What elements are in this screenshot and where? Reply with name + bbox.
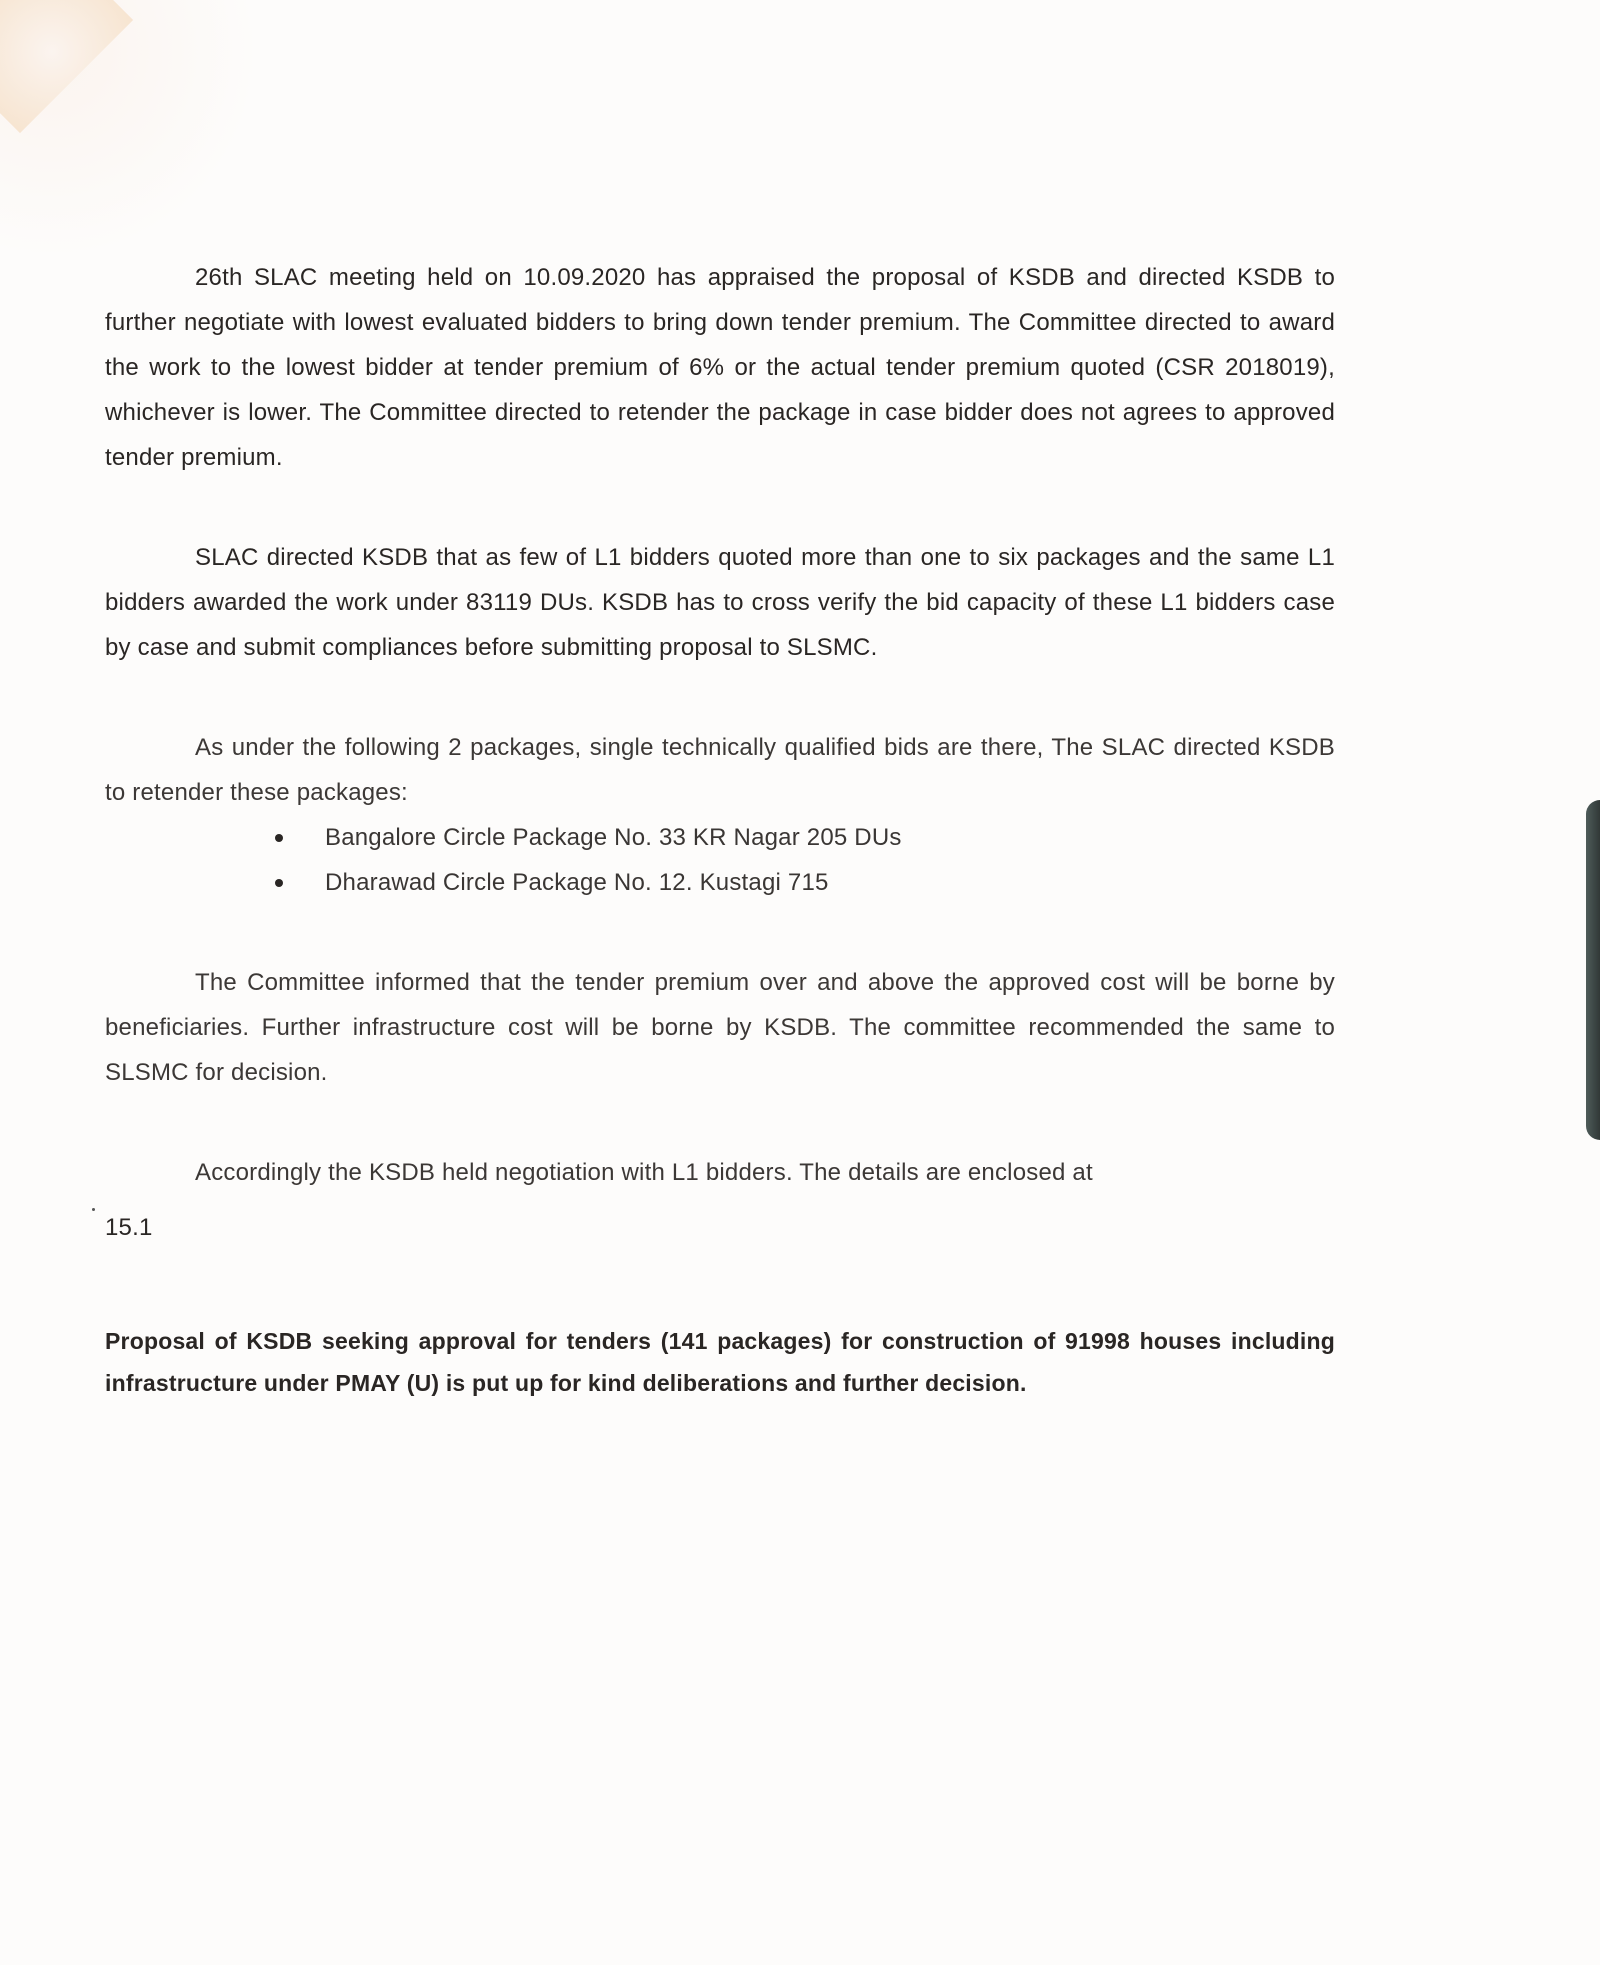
- paragraph-retender-intro: As under the following 2 packages, singl…: [105, 725, 1335, 815]
- proposal-statement: Proposal of KSDB seeking approval for te…: [105, 1320, 1335, 1404]
- page-corner-glow: [0, 0, 260, 260]
- page-right-edge-shadow: [1586, 800, 1600, 1140]
- bullet-icon: [275, 879, 283, 887]
- package-label: Dharawad Circle Package No. 12. Kustagi …: [325, 869, 829, 896]
- paragraph-l1-bidders: SLAC directed KSDB that as few of L1 bid…: [105, 535, 1335, 670]
- paragraph-negotiation: Accordingly the KSDB held negotiation wi…: [105, 1150, 1335, 1195]
- bullet-icon: [275, 834, 283, 842]
- package-label: Bangalore Circle Package No. 33 KR Nagar…: [325, 824, 902, 851]
- paragraph-slac-meeting: 26th SLAC meeting held on 10.09.2020 has…: [105, 255, 1335, 480]
- enclosure-reference: 15.1: [105, 1205, 1335, 1250]
- list-item: Bangalore Circle Package No. 33 KR Nagar…: [275, 815, 1335, 860]
- document-page: 26th SLAC meeting held on 10.09.2020 has…: [105, 255, 1335, 1427]
- paragraph-committee-informed: The Committee informed that the tender p…: [105, 960, 1335, 1095]
- list-item: Dharawad Circle Package No. 12. Kustagi …: [275, 860, 1335, 905]
- retender-package-list: Bangalore Circle Package No. 33 KR Nagar…: [105, 815, 1335, 905]
- stray-mark: [92, 1208, 95, 1211]
